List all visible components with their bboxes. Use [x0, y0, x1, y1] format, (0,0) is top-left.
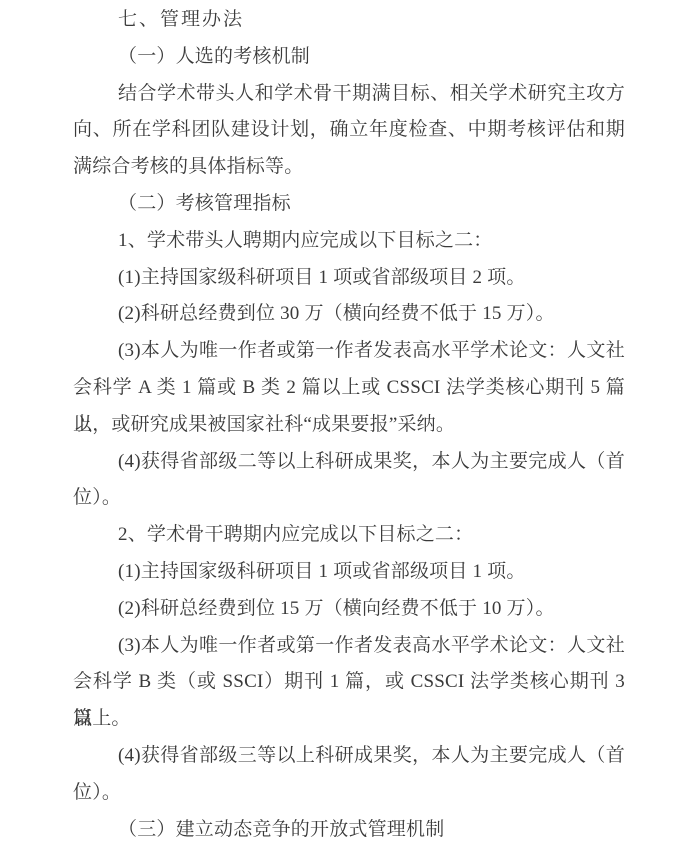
paragraph-continuation-line: 位）。 [73, 480, 625, 517]
paragraph-continuation-line: 位）。 [73, 775, 625, 812]
section-heading: 七、管理办法 [73, 2, 625, 39]
numbered-subitem: (2)科研总经费到位 15 万（横向经费不低于 10 万）。 [73, 591, 625, 628]
paragraph-continuation-line: 以上。 [73, 701, 625, 738]
paragraph-continuation-line: 会科学 B 类（或 SSCI）期刊 1 篇，或 CSSCI 法学类核心期刊 3 … [73, 664, 625, 701]
paragraph-continuation-line: 上，或研究成果被国家社科“成果要报”采纳。 [73, 407, 625, 444]
paragraph-continuation-line: 向、所在学科团队建设计划，确立年度检查、中期考核评估和期 [73, 112, 625, 149]
subsection-heading: （二）考核管理指标 [73, 186, 625, 223]
subsection-heading: （一）人选的考核机制 [73, 39, 625, 76]
numbered-item: 2、学术骨干聘期内应完成以下目标之二： [73, 517, 625, 554]
numbered-subitem: (3)本人为唯一作者或第一作者发表高水平学术论文：人文社 [73, 628, 625, 665]
paragraph-continuation-line: 会科学 A 类 1 篇或 B 类 2 篇以上或 CSSCI 法学类核心期刊 5 … [73, 370, 625, 407]
paragraph-first-line: 结合学术带头人和学术骨干期满目标、相关学术研究主攻方 [73, 76, 625, 113]
numbered-subitem: (1)主持国家级科研项目 1 项或省部级项目 2 项。 [73, 260, 625, 297]
numbered-subitem: (2)科研总经费到位 30 万（横向经费不低于 15 万）。 [73, 296, 625, 333]
numbered-item: 1、学术带头人聘期内应完成以下目标之二： [73, 223, 625, 260]
numbered-subitem: (3)本人为唯一作者或第一作者发表高水平学术论文：人文社 [73, 333, 625, 370]
subsection-heading: （三）建立动态竞争的开放式管理机制 [73, 812, 625, 846]
numbered-subitem: (4)获得省部级二等以上科研成果奖，本人为主要完成人（首 [73, 444, 625, 481]
numbered-subitem: (1)主持国家级科研项目 1 项或省部级项目 1 项。 [73, 554, 625, 591]
document-page: 七、管理办法 （一）人选的考核机制 结合学术带头人和学术骨干期满目标、相关学术研… [0, 0, 700, 846]
numbered-subitem: (4)获得省部级三等以上科研成果奖，本人为主要完成人（首 [73, 738, 625, 775]
paragraph-continuation-line: 满综合考核的具体指标等。 [73, 149, 625, 186]
document-body: 七、管理办法 （一）人选的考核机制 结合学术带头人和学术骨干期满目标、相关学术研… [73, 2, 625, 846]
